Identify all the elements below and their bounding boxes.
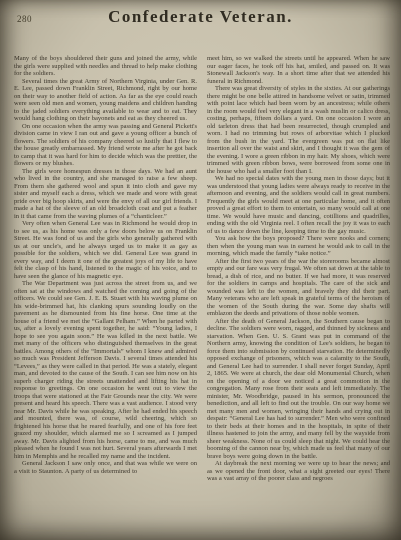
paragraph: The girls wore homespun dresses in those… xyxy=(14,168,197,221)
page-header: 280 Confederate Veteran. xyxy=(0,0,401,44)
paragraph: General Jackson I saw only once, and tha… xyxy=(14,460,197,475)
paragraph: On one occasion when the army was passin… xyxy=(14,123,197,168)
paragraph: The War Department was just across the s… xyxy=(14,280,197,460)
paragraph: Several times the great Army of Northern… xyxy=(14,78,197,123)
paragraph: There was great diversity of styles in t… xyxy=(207,85,390,175)
paragraph: You ask how the boys proposed? There wer… xyxy=(207,235,390,258)
scanned-magazine-page: 280 Confederate Veteran. Many of the boy… xyxy=(0,0,401,540)
right-column: meet him, so we walked the streets until… xyxy=(207,55,390,535)
paragraph: After the first two years of the war the… xyxy=(207,258,390,318)
paragraph: meet him, so we walked the streets until… xyxy=(207,55,390,85)
masthead-title: Confederate Veteran. xyxy=(0,7,401,27)
left-column: Many of the boys shouldered their guns a… xyxy=(14,55,197,535)
page-body: Many of the boys shouldered their guns a… xyxy=(14,55,390,535)
paragraph: Many of the boys shouldered their guns a… xyxy=(14,55,197,78)
paragraph: We had no special dates with the young m… xyxy=(207,175,390,235)
paragraph: Very often when General Lee was in Richm… xyxy=(14,220,197,280)
paragraph: After the death of General Jackson, the … xyxy=(207,318,390,461)
paragraph: At daybreak the next morning we were up … xyxy=(207,460,390,483)
